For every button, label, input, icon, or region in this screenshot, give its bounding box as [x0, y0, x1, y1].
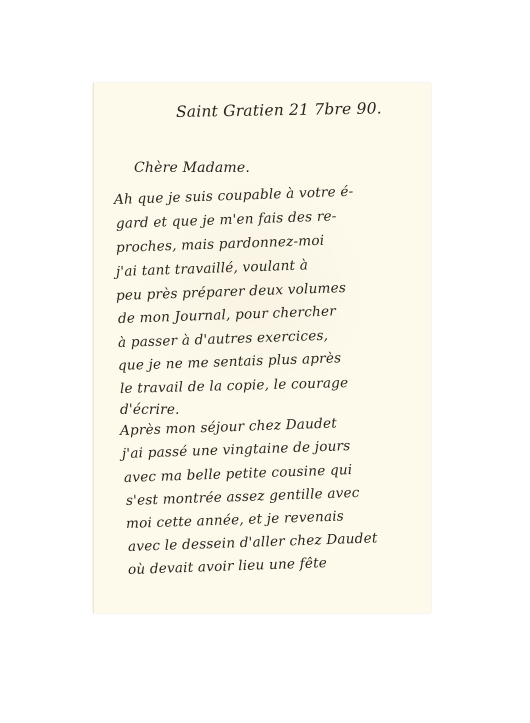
letter-page-lower: pour les fiançailles suivie d'un: [93, 83, 430, 613]
